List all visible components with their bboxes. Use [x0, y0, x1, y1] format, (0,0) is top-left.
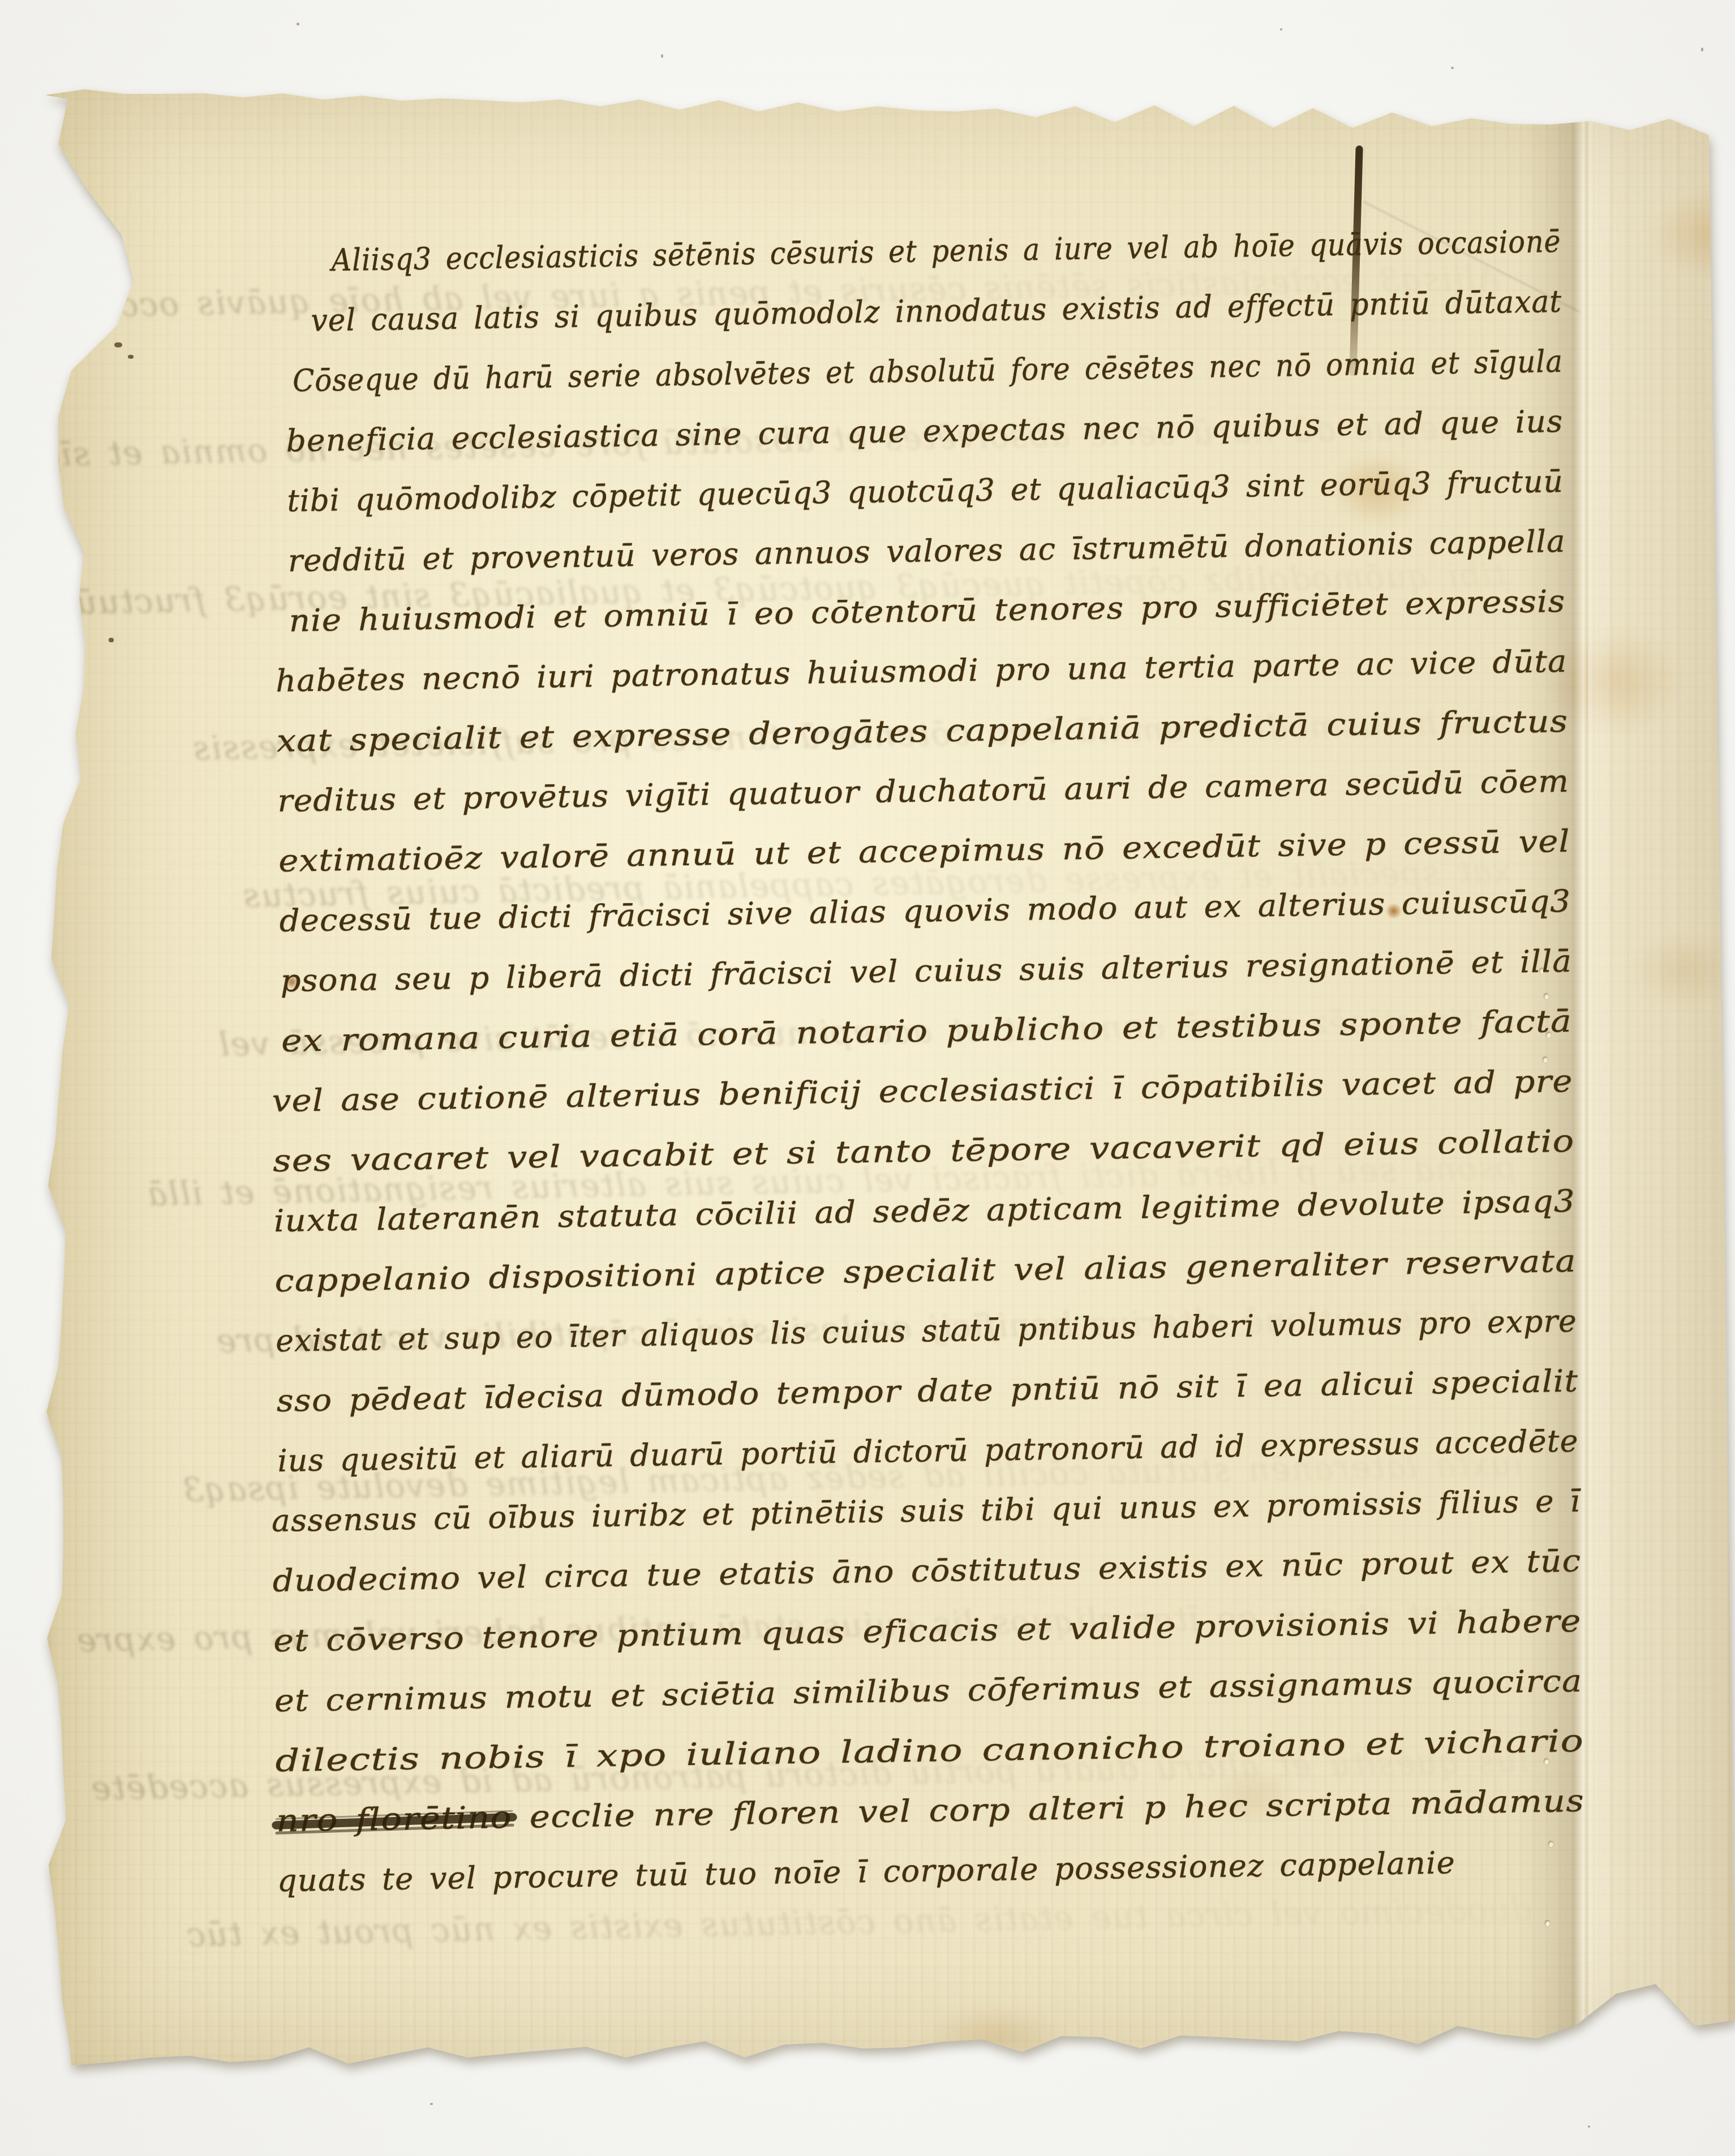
dust-speck	[661, 54, 663, 58]
parchment-leaf: Aliisq3 ecclesiasticis sētēnis cēsuris e…	[45, 82, 1735, 2072]
parchment-surface: Aliisq3 ecclesiasticis sētēnis cēsuris e…	[45, 82, 1735, 2072]
dust-speck	[297, 23, 299, 25]
dust-speck	[1280, 28, 1282, 31]
adjacent-leaf	[1588, 82, 1735, 2072]
ink-speck	[109, 638, 114, 642]
dust-speck	[1451, 67, 1454, 69]
dust-speck	[1588, 2125, 1590, 2128]
struck-through-word: nro florētino	[276, 1788, 512, 1851]
dust-speck	[430, 2103, 433, 2105]
manuscript-text: Aliisq3 ecclesiasticis sētēnis cēsuris e…	[252, 212, 1586, 1952]
dust-speck	[1701, 48, 1703, 51]
ink-speck	[128, 355, 134, 359]
scanner-background: Aliisq3 ecclesiasticis sētēnis cēsuris e…	[0, 0, 1735, 2156]
ink-speck	[114, 342, 122, 347]
